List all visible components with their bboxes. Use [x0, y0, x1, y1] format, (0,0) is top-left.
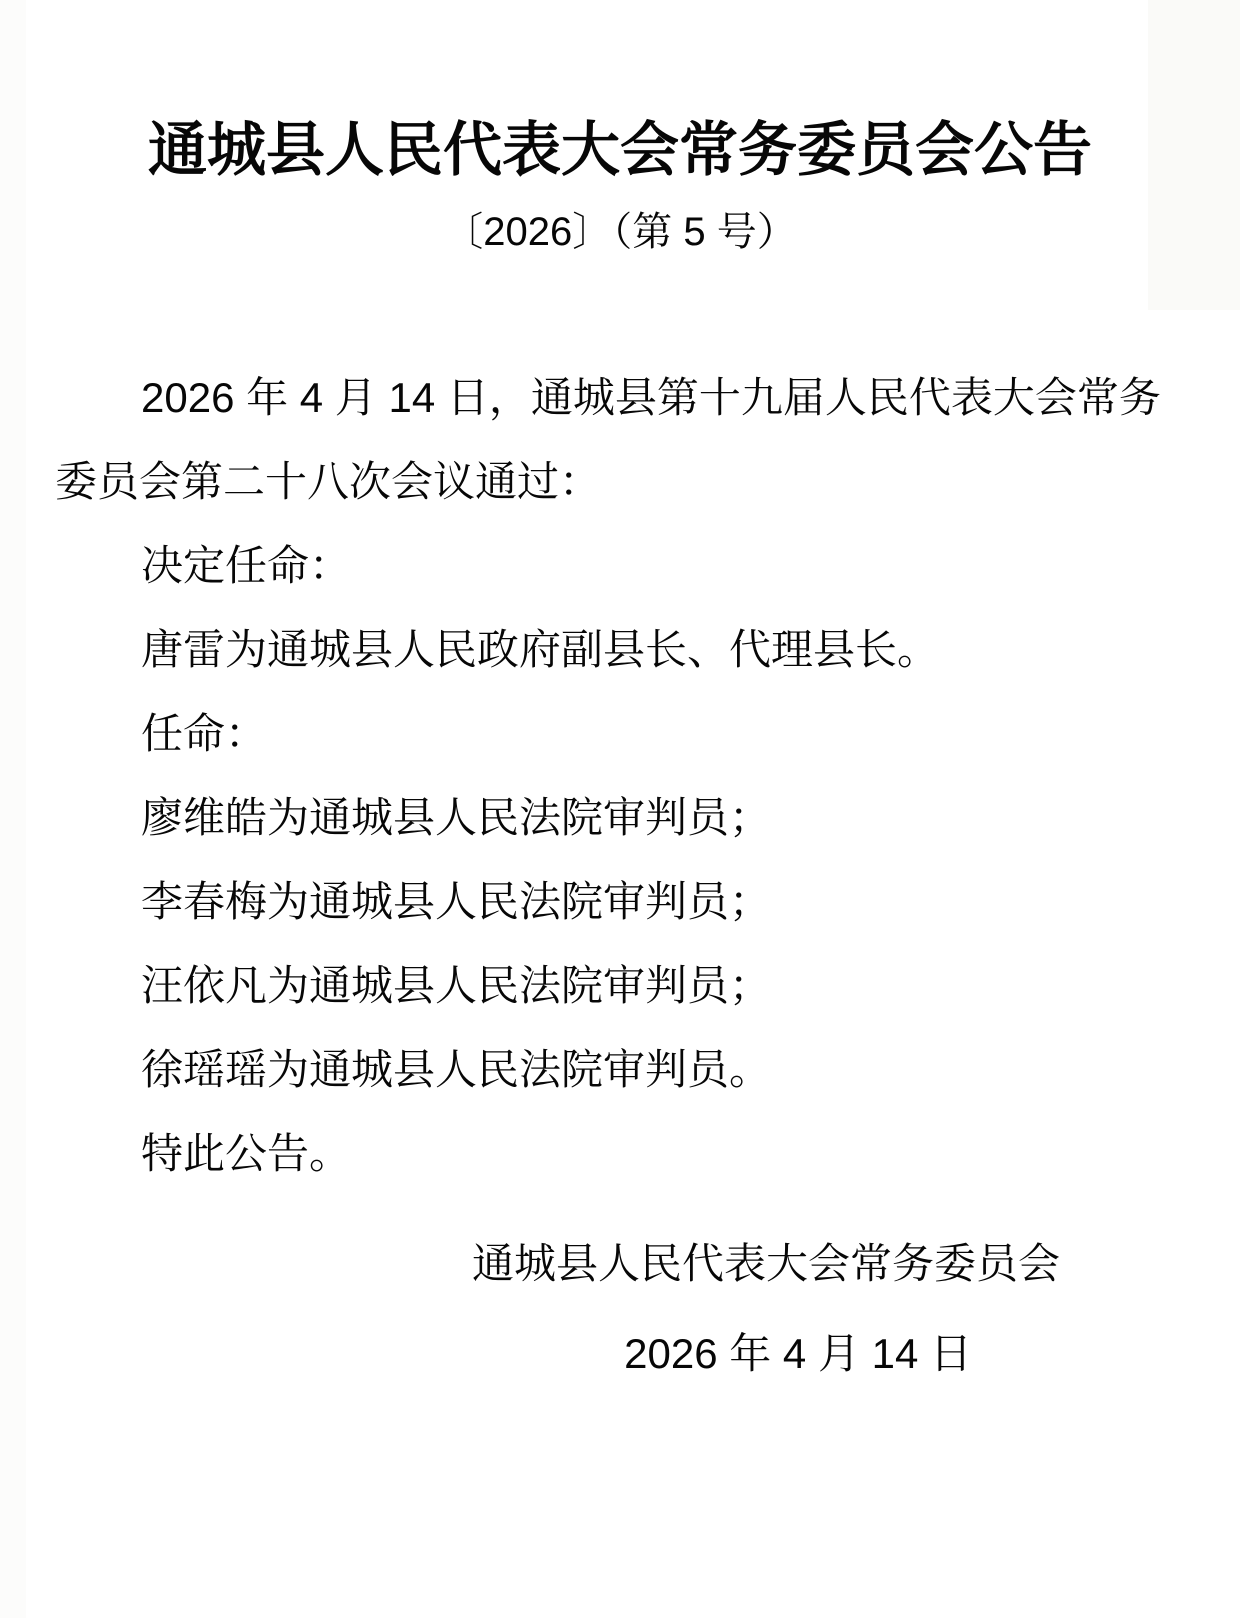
body-line: 李春梅为通城县人民法院审判员；: [55, 880, 1190, 923]
announcement-body: 2026 年 4 月 14 日，通城县第十九届人民代表大会常务 委员会第二十八次…: [0, 376, 1240, 1375]
signature-date: 2026 年 4 月 14 日: [55, 1332, 1190, 1375]
body-line: 廖维皓为通城县人民法院审判员；: [55, 796, 1190, 839]
announcement-title: 通城县人民代表大会常务委员会公告: [0, 0, 1240, 180]
body-line: 委员会第二十八次会议通过：: [55, 460, 1190, 503]
document-number: 〔2026〕（第 5 号）: [0, 208, 1240, 256]
body-line: 决定任命：: [55, 544, 1190, 587]
body-line: 特此公告。: [55, 1132, 1190, 1175]
body-line: 2026 年 4 月 14 日，通城县第十九届人民代表大会常务: [55, 376, 1190, 419]
body-line: 唐雷为通城县人民政府副县长、代理县长。: [55, 628, 1190, 671]
announcement-page: 通城县人民代表大会常务委员会公告 〔2026〕（第 5 号） 2026 年 4 …: [0, 0, 1240, 1618]
body-line: 任命：: [55, 712, 1190, 755]
body-line: 汪依凡为通城县人民法院审判员；: [55, 964, 1190, 1007]
body-line: 徐瑶瑶为通城县人民法院审判员。: [55, 1048, 1190, 1091]
issuing-authority-signature: 通城县人民代表大会常务委员会: [55, 1242, 1190, 1285]
scan-artifact-left: [0, 0, 26, 1618]
scan-artifact-right: [1148, 0, 1240, 310]
